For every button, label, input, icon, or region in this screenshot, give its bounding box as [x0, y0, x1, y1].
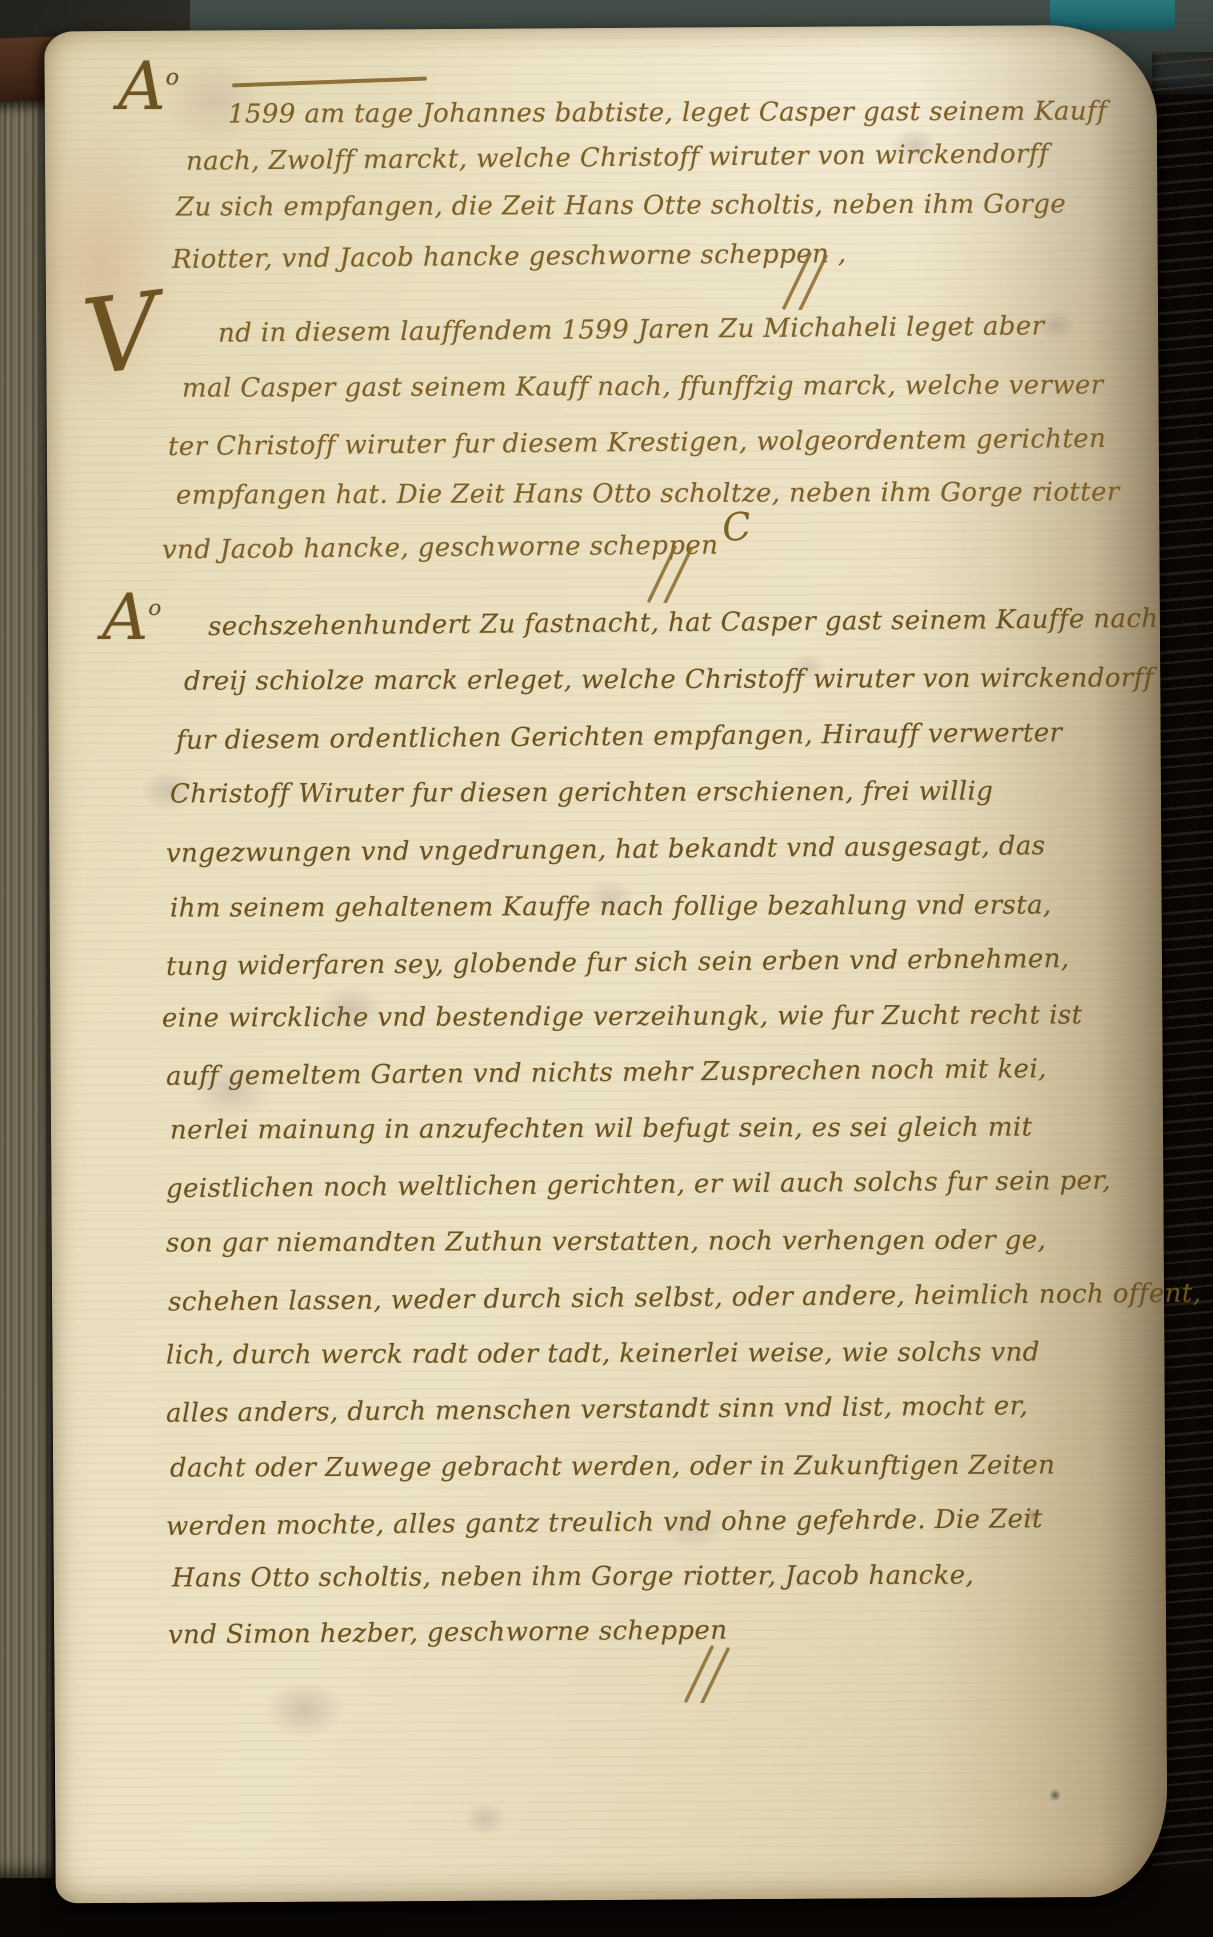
manuscript-line: empfangen hat. Die Zeit Hans Otto scholt… [176, 477, 1120, 510]
entry-initial: V [78, 278, 165, 390]
manuscript-line: mal Casper gast seinem Kauff nach, ffunf… [182, 370, 1104, 403]
manuscript-line: dreij schiolze marck erleget, welche Chr… [184, 663, 1154, 696]
manuscript-line: 1599 am tage Johannes babtiste, leget Ca… [228, 96, 1107, 129]
manuscript-photograph: Ao 1599 am tage Johannes babtiste, leget… [0, 0, 1213, 1937]
entry-initial: Ao [102, 586, 161, 650]
manuscript-line: nerlei mainung in anzufechten wil befugt… [170, 1112, 1033, 1145]
entry-end-mark: C [720, 504, 754, 551]
entry-initial: Ao [118, 54, 179, 120]
pen-flourish-icon [682, 1645, 730, 1703]
manuscript-line: lich, durch werck radt oder tadt, keiner… [166, 1337, 1040, 1370]
manuscript-line: dacht oder Zuwege gebracht werden, oder … [170, 1450, 1055, 1483]
manuscript-line: vnd Jacob hancke, geschworne scheppen [162, 531, 719, 566]
manuscript-line: Christoff Wiruter fur diesen gerichten e… [170, 777, 993, 810]
manuscript-line: eine wirckliche vnd bestendige verzeihun… [162, 1000, 1083, 1033]
manuscript-line: Riotter, vnd Jacob hancke geschworne sch… [172, 239, 847, 275]
pen-flourish-icon [780, 252, 828, 310]
teal-label-patch [1050, 0, 1175, 30]
manuscript-line: ihm seinem gehaltenem Kauffe nach follig… [170, 890, 1052, 923]
manuscript-line: Zu sich empfangen, die Zeit Hans Otte sc… [176, 189, 1066, 222]
manuscript-line: vnd Simon hezber, geschworne scheppen [168, 1616, 728, 1651]
pen-flourish-icon [645, 545, 693, 603]
manuscript-line: son gar niemandten Zuthun verstatten, no… [166, 1225, 1046, 1258]
manuscript-line: Hans Otto scholtis, neben ihm Gorge riot… [172, 1561, 974, 1594]
